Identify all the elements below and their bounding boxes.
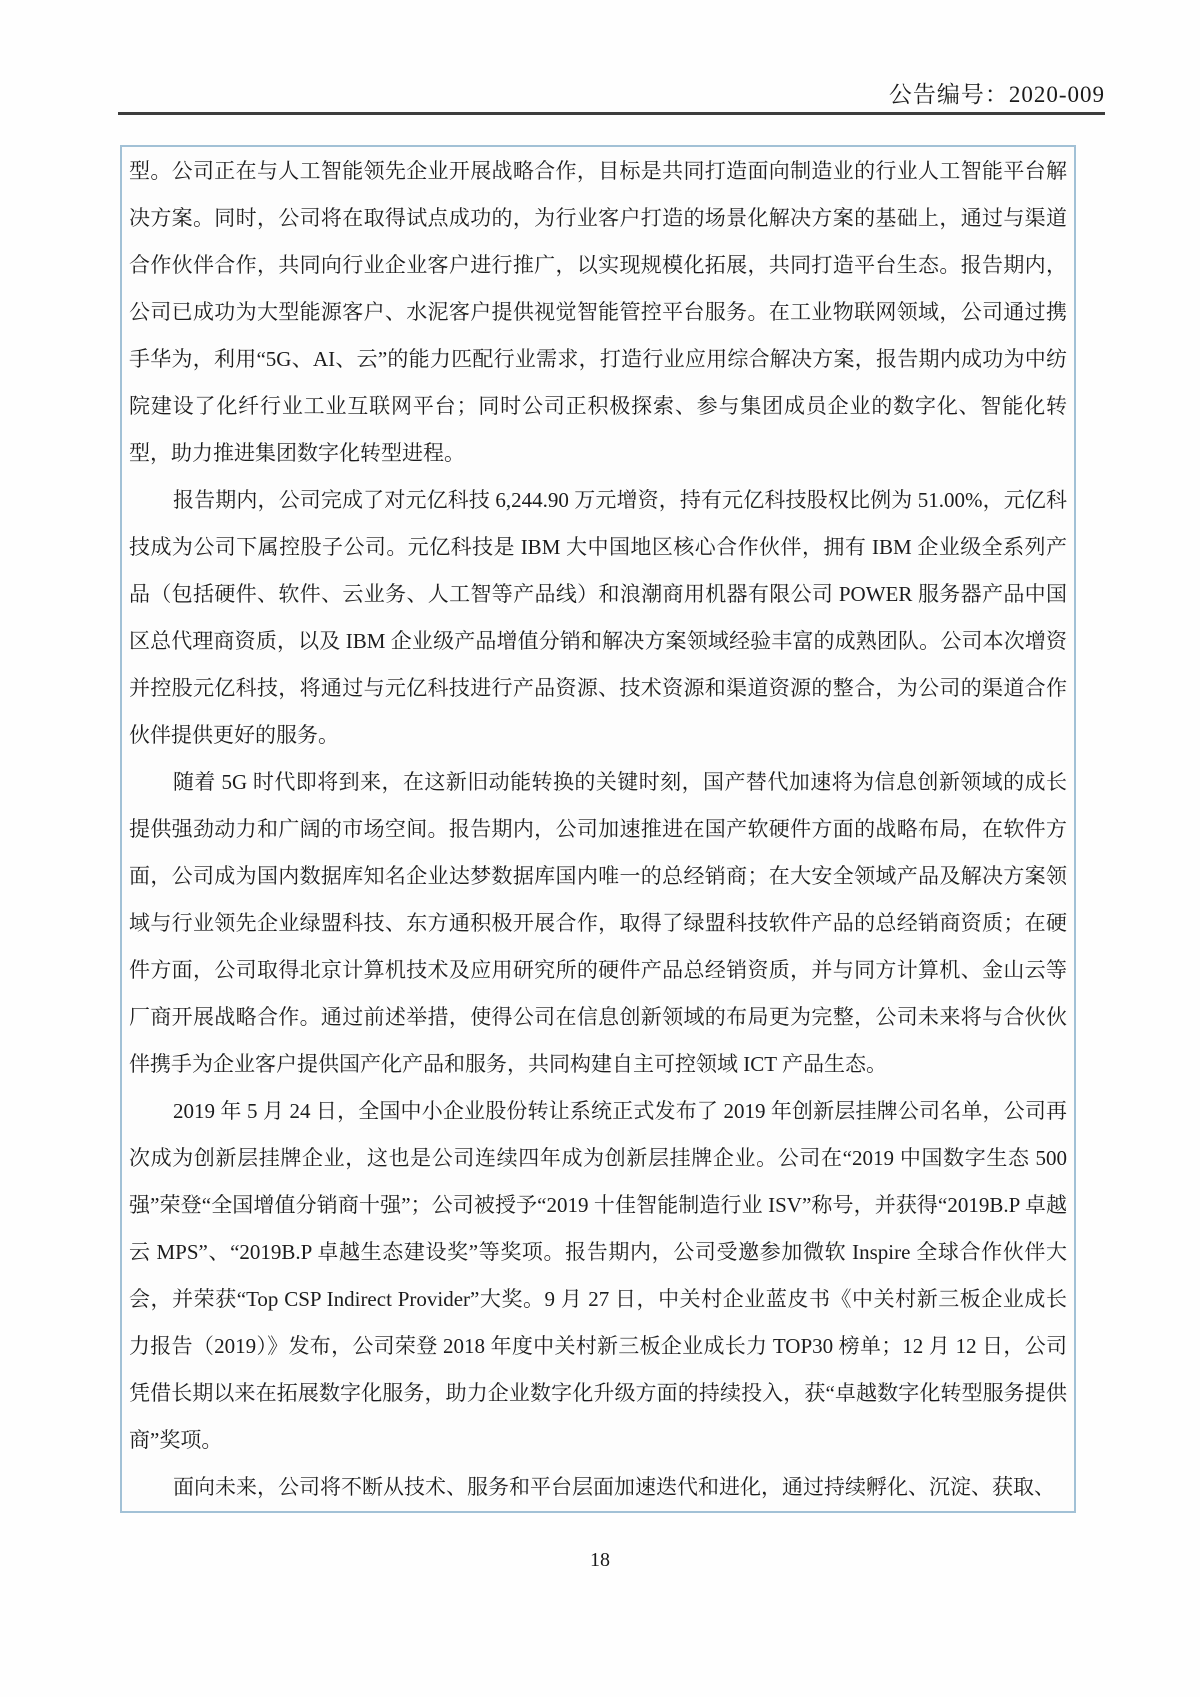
paragraph: 面向未来，公司将不断从技术、服务和平台层面加速迭代和进化，通过持续孵化、沉淀、获… bbox=[129, 1464, 1067, 1511]
page-number: 18 bbox=[0, 1549, 1200, 1572]
header-divider bbox=[118, 112, 1105, 115]
content-box: 型。公司正在与人工智能领先企业开展战略合作，目标是共同打造面向制造业的行业人工智… bbox=[120, 145, 1076, 1513]
paragraph: 随着 5G 时代即将到来，在这新旧动能转换的关键时刻，国产替代加速将为信息创新领… bbox=[129, 759, 1067, 1088]
paragraph: 2019 年 5 月 24 日，全国中小企业股份转让系统正式发布了 2019 年… bbox=[129, 1088, 1067, 1464]
document-page: 公告编号：2020-009 型。公司正在与人工智能领先企业开展战略合作，目标是共… bbox=[0, 0, 1200, 1697]
announcement-number: 公告编号：2020-009 bbox=[118, 76, 1105, 109]
paragraph: 报告期内，公司完成了对元亿科技 6,244.90 万元增资，持有元亿科技股权比例… bbox=[129, 477, 1067, 759]
paragraph: 型。公司正在与人工智能领先企业开展战略合作，目标是共同打造面向制造业的行业人工智… bbox=[129, 148, 1067, 477]
